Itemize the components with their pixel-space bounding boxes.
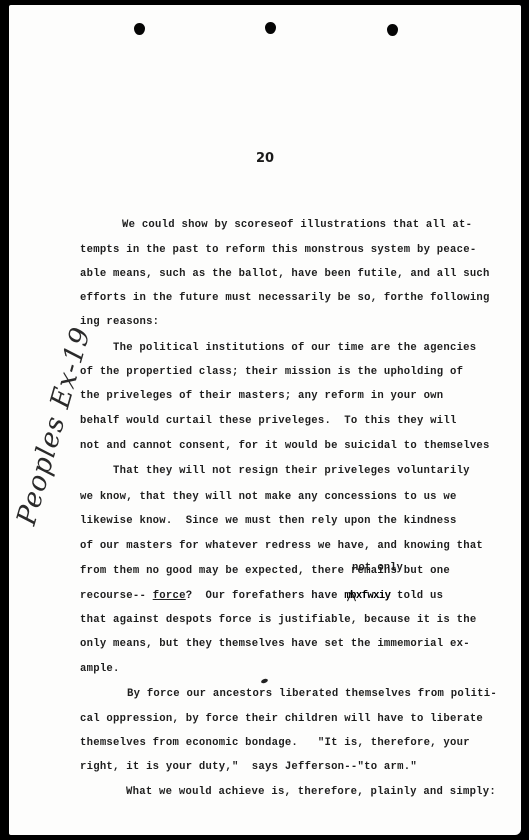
- text-line: By force our ancestors liberated themsel…: [127, 688, 497, 700]
- text-line: only means, but they themselves have set…: [80, 638, 470, 650]
- text-line: themselves from economic bondage. "It is…: [80, 737, 470, 749]
- underlined-word: force: [153, 590, 186, 602]
- text-line: ample.: [80, 663, 120, 675]
- text-line: able means, such as the ballot, have bee…: [80, 268, 490, 280]
- text-line: right, it is your duty," says Jefferson-…: [80, 761, 417, 773]
- text-line: we know, that they will not make any con…: [80, 491, 457, 503]
- ink-smudge: [261, 678, 269, 684]
- punch-hole-right: [387, 24, 398, 36]
- interlinear-insertion: not only: [352, 562, 403, 574]
- text-line: efforts in the future must necessarily b…: [80, 292, 490, 304]
- text-line: behalf would curtail these priveleges. T…: [80, 415, 457, 427]
- text-fragment: ? Our forefathers have: [186, 590, 345, 602]
- text-line: The political institutions of our time a…: [113, 342, 476, 354]
- text-line: What we would achieve is, therefore, pla…: [126, 786, 496, 798]
- text-line: We could show by scoreseof illustrations…: [122, 219, 472, 231]
- text-line: not and cannot consent, for it would be …: [80, 440, 490, 452]
- text-line: tempts in the past to reform this monstr…: [80, 244, 476, 256]
- punch-hole-left: [134, 23, 145, 35]
- text-fragment: recourse--: [80, 590, 153, 602]
- punch-hole-center: [265, 22, 276, 34]
- text-line: of our masters for whatever redress we h…: [80, 540, 483, 552]
- text-line: recourse-- force? Our forefathers have m…: [80, 590, 443, 602]
- text-line: That they will not resign their priveleg…: [113, 465, 470, 477]
- text-line: that against despots force is justifiabl…: [80, 614, 476, 626]
- page-number: 20: [9, 151, 521, 166]
- text-line: cal oppression, by force their children …: [80, 713, 483, 725]
- text-line: of the propertied class; their mission i…: [80, 366, 463, 378]
- text-fragment: told us: [390, 590, 443, 602]
- text-line: ing reasons:: [80, 316, 159, 328]
- insertion-caret-icon: ⋀: [347, 589, 356, 602]
- text-line: likewise know. Since we must then rely u…: [80, 515, 457, 527]
- document-page: 20 Peoples Ex-19 We could show by scores…: [9, 5, 521, 835]
- text-line: the priveleges of their masters; any ref…: [80, 390, 443, 402]
